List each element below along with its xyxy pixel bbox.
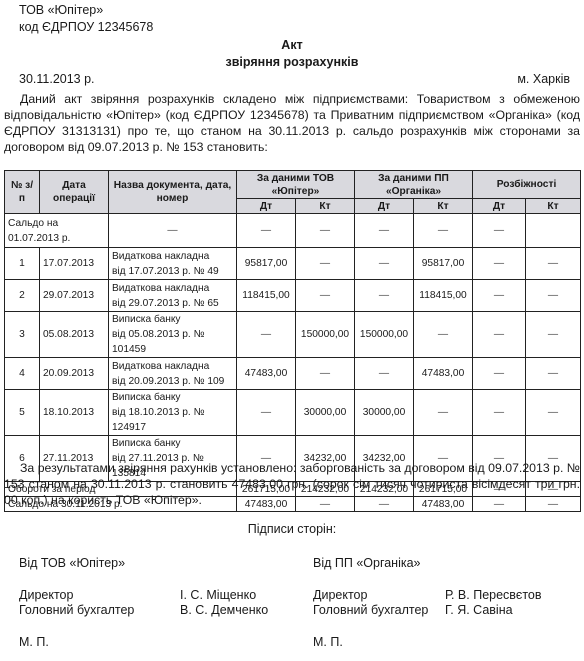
signatures-title: Підписи сторін: — [0, 522, 584, 536]
header-kt: Кт — [296, 199, 355, 214]
cell: 150000,00 — [296, 312, 355, 358]
cell: 118415,00 — [414, 280, 473, 312]
row-number: 2 — [5, 280, 40, 312]
cell: — — [526, 248, 581, 280]
document-name: Видаткова накладна — [112, 359, 233, 374]
cell: — — [296, 214, 355, 248]
cell: — — [355, 280, 414, 312]
intro-paragraph: Даний акт звіряння розрахунків складено … — [4, 91, 580, 155]
cell: 95817,00 — [237, 248, 296, 280]
cell: — — [355, 248, 414, 280]
header-kt: Кт — [526, 199, 581, 214]
header-num: № з/п — [5, 171, 40, 214]
header-jupiter: За даними ТОВ «Юпітер» — [237, 171, 355, 199]
cell: 118415,00 — [237, 280, 296, 312]
cell: 47483,00 — [237, 358, 296, 390]
row-document: Видаткова накладнавід 20.09.2013 р. № 10… — [109, 358, 237, 390]
cell: — — [473, 312, 526, 358]
table-row: 229.07.2013Видаткова накладнавід 29.07.2… — [5, 280, 581, 312]
right-director-role: Директор — [313, 588, 367, 602]
cell: 95817,00 — [414, 248, 473, 280]
cell: — — [473, 214, 526, 248]
left-party: Від ТОВ «Юпітер» — [19, 556, 125, 570]
opening-balance-row: Сальдо на 01.07.2013 р. — — — — — — — [5, 214, 581, 248]
opening-balance-label: Сальдо на 01.07.2013 р. — [5, 214, 109, 248]
company-code: код ЄДРПОУ 12345678 — [19, 20, 153, 34]
document-name: Видаткова накладна — [112, 249, 233, 264]
document-reference: від 20.09.2013 р. № 109 — [112, 374, 233, 389]
document-name: Виписка банку — [112, 390, 233, 405]
left-director-role: Директор — [19, 588, 73, 602]
header-organika: За даними ПП «Органіка» — [355, 171, 473, 199]
cell: — — [237, 312, 296, 358]
cell: — — [296, 280, 355, 312]
header-dt: Дт — [237, 199, 296, 214]
document-title: Акт — [0, 38, 584, 52]
cell — [526, 214, 581, 248]
cell: — — [526, 280, 581, 312]
right-stamp: М. П. — [313, 635, 343, 649]
right-director-name: Р. В. Пересвєтов — [445, 588, 542, 602]
header-discrepancies: Розбіжності — [473, 171, 581, 199]
header-dt: Дт — [473, 199, 526, 214]
cell: — — [414, 312, 473, 358]
document-city: м. Харків — [517, 72, 570, 86]
right-party: Від ПП «Органіка» — [313, 556, 421, 570]
row-document: Видаткова накладнавід 29.07.2013 р. № 65 — [109, 280, 237, 312]
cell: — — [414, 390, 473, 436]
table-row: 305.08.2013Виписка банкувід 05.08.2013 р… — [5, 312, 581, 358]
cell: 30000,00 — [355, 390, 414, 436]
header-dt: Дт — [355, 199, 414, 214]
cell: — — [109, 214, 237, 248]
left-stamp: М. П. — [19, 635, 49, 649]
cell: — — [296, 248, 355, 280]
cell: — — [473, 358, 526, 390]
cell: 30000,00 — [296, 390, 355, 436]
row-document: Видаткова накладнавід 17.07.2013 р. № 49 — [109, 248, 237, 280]
cell: — — [526, 312, 581, 358]
cell: — — [355, 358, 414, 390]
document-reference: від 29.07.2013 р. № 65 — [112, 296, 233, 311]
header-kt: Кт — [414, 199, 473, 214]
row-date: 05.08.2013 — [40, 312, 109, 358]
cell: 150000,00 — [355, 312, 414, 358]
document-name: Виписка банку — [112, 436, 233, 451]
row-number: 4 — [5, 358, 40, 390]
left-director-name: І. С. Міщенко — [180, 588, 256, 602]
cell: — — [473, 248, 526, 280]
left-accountant-name: В. С. Демченко — [180, 603, 268, 617]
row-number: 5 — [5, 390, 40, 436]
right-accountant-name: Г. Я. Савіна — [445, 603, 513, 617]
cell: — — [355, 214, 414, 248]
header-doc: Назва документа, дата, номер — [109, 171, 237, 214]
right-accountant-role: Головний бухгалтер — [313, 603, 428, 617]
table-row: 420.09.2013Видаткова накладнавід 20.09.2… — [5, 358, 581, 390]
header-date: Дата операції — [40, 171, 109, 214]
cell: — — [526, 358, 581, 390]
table-row: 117.07.2013Видаткова накладнавід 17.07.2… — [5, 248, 581, 280]
cell: — — [237, 214, 296, 248]
cell: — — [473, 390, 526, 436]
row-document: Виписка банкувід 05.08.2013 р. № 101459 — [109, 312, 237, 358]
cell: — — [526, 390, 581, 436]
left-accountant-role: Головний бухгалтер — [19, 603, 134, 617]
row-number: 3 — [5, 312, 40, 358]
row-date: 18.10.2013 — [40, 390, 109, 436]
document-reference: від 17.07.2013 р. № 49 — [112, 264, 233, 279]
table-row: 518.10.2013Виписка банкувід 18.10.2013 р… — [5, 390, 581, 436]
document-date: 30.11.2013 р. — [19, 72, 95, 86]
cell: 47483,00 — [414, 358, 473, 390]
cell: — — [296, 358, 355, 390]
company-name: ТОВ «Юпітер» — [19, 3, 103, 17]
row-document: Виписка банкувід 18.10.2013 р. № 124917 — [109, 390, 237, 436]
document-name: Видаткова накладна — [112, 281, 233, 296]
row-number: 1 — [5, 248, 40, 280]
document-reference: від 18.10.2013 р. № 124917 — [112, 405, 233, 435]
conclusion-paragraph: За результатами звіряння рахунків устано… — [4, 460, 580, 508]
row-date: 29.07.2013 — [40, 280, 109, 312]
cell: — — [237, 390, 296, 436]
document-name: Виписка банку — [112, 312, 233, 327]
row-date: 17.07.2013 — [40, 248, 109, 280]
cell: — — [473, 280, 526, 312]
document-subtitle: звіряння розрахунків — [0, 55, 584, 69]
row-date: 20.09.2013 — [40, 358, 109, 390]
document-reference: від 05.08.2013 р. № 101459 — [112, 327, 233, 357]
cell: — — [414, 214, 473, 248]
